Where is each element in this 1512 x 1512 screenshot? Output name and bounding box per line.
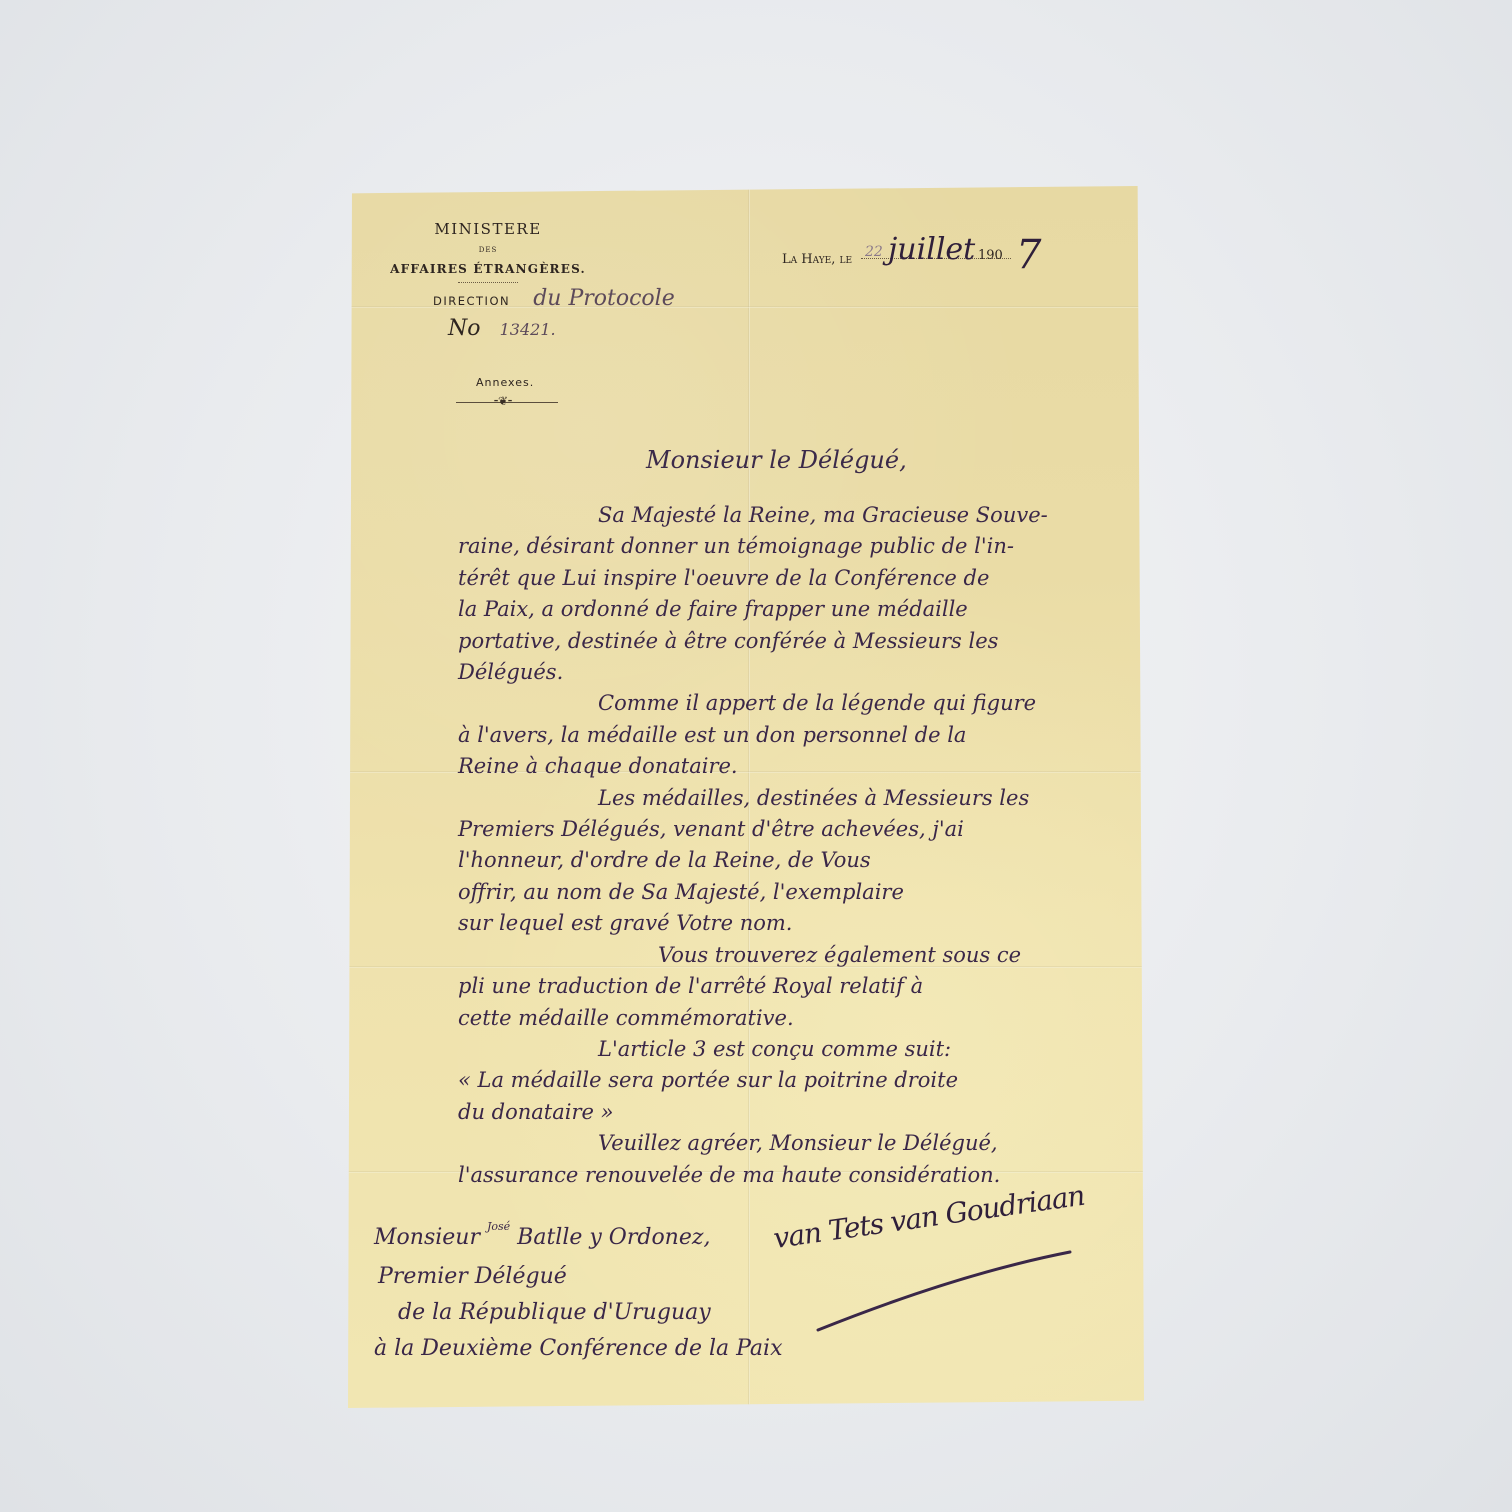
body-line: l'honneur, d'ordre de la Reine, de Vous: [458, 845, 1078, 876]
paragraph: Sa Majesté la Reine, ma Gracieuse Souve-…: [458, 500, 1078, 688]
salutation: Monsieur le Délégué,: [646, 446, 907, 474]
number-mark: No: [448, 316, 481, 341]
body-line: L'article 3 est conçu comme suit:: [458, 1034, 1078, 1065]
body-line: la Paix, a ordonné de faire frapper une …: [458, 594, 1078, 625]
recipient-prefix: Monsieur: [374, 1225, 480, 1250]
date-day: 22: [865, 244, 883, 260]
body-line: Vous trouverez également sous ce: [458, 940, 1078, 971]
body-line: Reine à chaque donataire.: [458, 751, 1078, 782]
body-line: Veuillez agréer, Monsieur le Délégué,: [458, 1128, 1078, 1159]
reference-number: 13421.: [500, 320, 556, 339]
date-year-printed: 190: [978, 248, 1003, 263]
body-line: Les médailles, destinées à Messieurs les: [458, 783, 1078, 814]
letterhead-divider: [458, 282, 518, 283]
recipient-title: Premier Délégué: [374, 1259, 782, 1295]
annexes-label: Annexes.: [476, 376, 534, 389]
letterhead-affairs: AFFAIRES ÉTRANGÈRES.: [388, 262, 588, 276]
signature-flourish-icon: [808, 1246, 1078, 1336]
ornament-icon: ⁃❦⁃: [493, 394, 512, 408]
recipient-block: Monsieur José Batlle y Ordonez, Premier …: [374, 1220, 782, 1367]
paragraph: Veuillez agréer, Monsieur le Délégué, l'…: [458, 1128, 1078, 1191]
body-line: offrir, au nom de Sa Majesté, l'exemplai…: [458, 877, 1078, 908]
body-line: du donataire »: [458, 1097, 1078, 1128]
letter-page: MINISTERE DES AFFAIRES ÉTRANGÈRES. DIREC…: [348, 186, 1144, 1408]
body-line: pli une traduction de l'arrêté Royal rel…: [458, 971, 1078, 1002]
paragraph: Vous trouverez également sous ce pli une…: [458, 940, 1078, 1034]
body-line: raine, désirant donner un témoignage pub…: [458, 531, 1078, 562]
body-line: portative, destinée à être conférée à Me…: [458, 626, 1078, 657]
direction-line: DIRECTION du Protocole: [433, 286, 675, 311]
recipient-surname: Batlle y Ordonez,: [517, 1225, 710, 1250]
body-line: Comme il appert de la légende qui figure: [458, 688, 1078, 719]
letterhead-ministry: MINISTERE: [388, 220, 588, 238]
body-line: térêt que Lui inspire l'oeuvre de la Con…: [458, 563, 1078, 594]
paragraph: Comme il appert de la légende qui figure…: [458, 688, 1078, 782]
body-line: « La médaille sera portée sur la poitrin…: [458, 1065, 1078, 1096]
date-month: juillet: [888, 232, 975, 267]
direction-value: du Protocole: [533, 286, 675, 311]
paragraph: Les médailles, destinées à Messieurs les…: [458, 783, 1078, 940]
body-line: Délégués.: [458, 657, 1078, 688]
recipient-conference: à la Deuxième Conférence de la Paix: [374, 1331, 782, 1367]
body-line: l'assurance renouvelée de ma haute consi…: [458, 1160, 1078, 1191]
direction-label: DIRECTION: [433, 294, 510, 308]
reference-number-line: No 13421.: [448, 316, 556, 341]
body-line: à l'avers, la médaille est un don person…: [458, 720, 1078, 751]
letter-body: Sa Majesté la Reine, ma Gracieuse Souve-…: [458, 500, 1078, 1191]
body-line: sur lequel est gravé Votre nom.: [458, 908, 1078, 939]
date-year-handwritten: 7: [1016, 232, 1041, 278]
recipient-given-name: José: [487, 1220, 510, 1233]
paragraph: L'article 3 est conçu comme suit: « La m…: [458, 1034, 1078, 1128]
body-line: cette médaille commémorative.: [458, 1003, 1078, 1034]
body-line: Sa Majesté la Reine, ma Gracieuse Souve-: [458, 500, 1078, 531]
letterhead: MINISTERE DES AFFAIRES ÉTRANGÈRES.: [388, 216, 588, 283]
recipient-name-line: Monsieur José Batlle y Ordonez,: [374, 1220, 782, 1259]
date-place: La Haye, le: [782, 252, 852, 267]
recipient-country: de la République d'Uruguay: [374, 1295, 782, 1331]
body-line: Premiers Délégués, venant d'être achevée…: [458, 814, 1078, 845]
letterhead-des: DES: [388, 246, 588, 254]
